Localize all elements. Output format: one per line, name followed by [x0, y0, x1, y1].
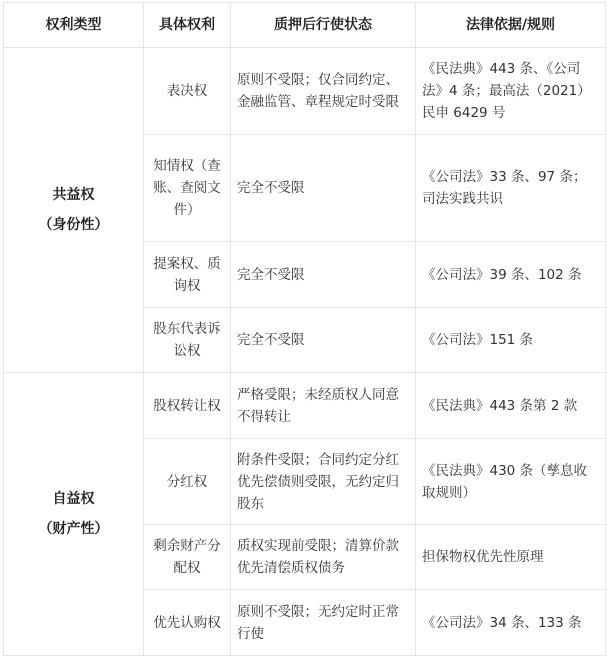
- right-name-cell: 股权转让权: [144, 373, 231, 439]
- legal-basis-cell: 《公司法》33 条、97 条；司法实践共识: [416, 135, 606, 242]
- legal-basis-cell: 《民法典》430 条（孳息收取规则）: [416, 439, 606, 525]
- legal-basis-cell: 《民法典》443 条第 2 款: [416, 373, 606, 439]
- pledged-equity-rights-table: 权利类型 具体权利 质押后行使状态 法律依据/规则 共益权 （身份性） 表决权 …: [3, 2, 606, 656]
- status-cell: 附条件受限；合同约定分红优先偿债则受限，无约定归股东: [231, 439, 416, 525]
- legal-basis-cell: 《公司法》39 条、102 条: [416, 242, 606, 308]
- category-cell-self-benefit: 自益权 （财产性）: [4, 373, 144, 656]
- header-specific-right: 具体权利: [144, 3, 231, 48]
- right-name-cell: 提案权、质询权: [144, 242, 231, 308]
- right-name-cell: 表决权: [144, 48, 231, 135]
- right-name-cell: 分红权: [144, 439, 231, 525]
- status-cell: 完全不受限: [231, 135, 416, 242]
- right-name-cell: 剩余财产分配权: [144, 525, 231, 590]
- status-cell: 质权实现前受限；清算价款优先清偿质权债务: [231, 525, 416, 590]
- legal-basis-cell: 《公司法》151 条: [416, 308, 606, 373]
- legal-basis-cell: 《公司法》34 条、133 条: [416, 590, 606, 656]
- header-post-pledge-status: 质押后行使状态: [231, 3, 416, 48]
- header-right-type: 权利类型: [4, 3, 144, 48]
- category-cell-common-benefit: 共益权 （身份性）: [4, 48, 144, 373]
- status-cell: 原则不受限；仅合同约定、金融监管、章程规定时受限: [231, 48, 416, 135]
- right-name-cell: 优先认购权: [144, 590, 231, 656]
- table-row: 共益权 （身份性） 表决权 原则不受限；仅合同约定、金融监管、章程规定时受限 《…: [4, 48, 606, 135]
- legal-basis-cell: 《民法典》443 条、《公司法》4 条；最高法（2021）民申 6429 号: [416, 48, 606, 135]
- status-cell: 完全不受限: [231, 242, 416, 308]
- category-note: （财产性）: [10, 514, 137, 544]
- category-label: 自益权: [10, 484, 137, 514]
- category-label: 共益权: [10, 180, 137, 210]
- category-note: （身份性）: [10, 210, 137, 240]
- status-cell: 严格受限；未经质权人同意不得转让: [231, 373, 416, 439]
- legal-basis-cell: 担保物权优先性原理: [416, 525, 606, 590]
- table-row: 自益权 （财产性） 股权转让权 严格受限；未经质权人同意不得转让 《民法典》44…: [4, 373, 606, 439]
- right-name-cell: 知情权（查账、查阅文件）: [144, 135, 231, 242]
- status-cell: 原则不受限；无约定时正常行使: [231, 590, 416, 656]
- right-name-cell: 股东代表诉讼权: [144, 308, 231, 373]
- header-row: 权利类型 具体权利 质押后行使状态 法律依据/规则: [4, 3, 606, 48]
- header-legal-basis: 法律依据/规则: [416, 3, 606, 48]
- status-cell: 完全不受限: [231, 308, 416, 373]
